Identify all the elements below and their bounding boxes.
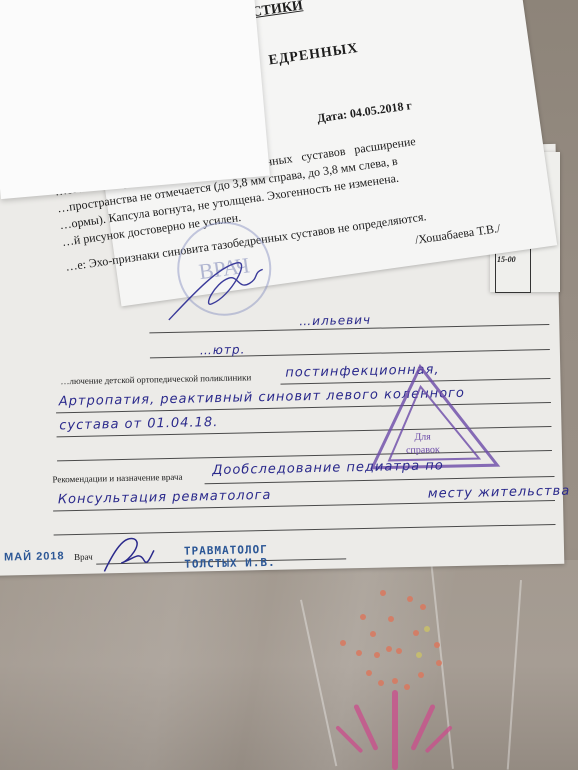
handwritten-field: …ютр. [200, 342, 246, 357]
handwritten-recommendation-2: Консультация ревматолога [58, 488, 272, 507]
doctor-signature [99, 530, 160, 576]
handwritten-patronymic: …ильевич [299, 313, 371, 329]
date-stamp: МАЙ 2018 [4, 550, 65, 563]
blank-paper-sheet [0, 0, 270, 199]
handwritten-conclusion-3: сустава от 01.04.18. [59, 415, 218, 433]
handwritten-recommendation-3: месту жительства [428, 484, 571, 502]
doctor-stamp-name: ТОЛСТЫХ И.В. [184, 556, 276, 571]
conclusion-label: …лючение детской ортопедической поликлин… [60, 372, 251, 386]
svg-text:Для: Для [414, 432, 431, 443]
flower-print [330, 580, 460, 770]
doctor-label: Врач [74, 552, 93, 562]
fabric-surface [0, 560, 578, 770]
report-date: Дата: 04.05.2018 г [316, 98, 413, 126]
report-title: ЕДРЕННЫХ [268, 41, 360, 69]
recommendations-label: Рекомендации и назначение врача [52, 472, 182, 485]
time-value: 15-00 [497, 255, 516, 264]
time-box [495, 247, 531, 293]
header-fragment-2: СТИКИ [251, 0, 304, 21]
report-doctor: /Хошабаева Т.В./ [414, 221, 501, 248]
triangle-stamp-text: справок [406, 444, 440, 456]
